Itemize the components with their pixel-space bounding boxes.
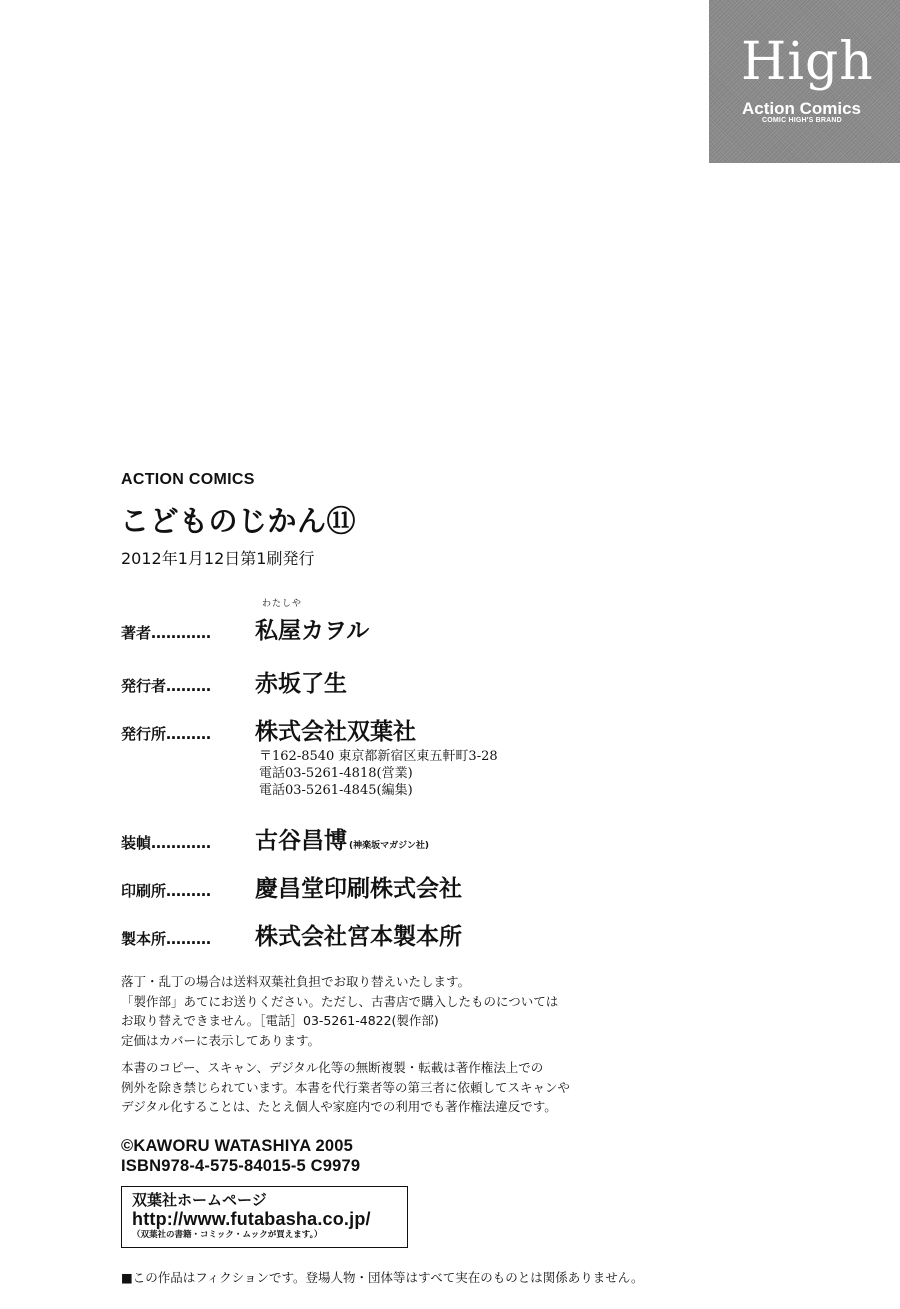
phone-editorial: 電話03-5261-4845(編集) [259, 782, 498, 799]
credit-value: 古谷昌博 [255, 822, 347, 855]
first-edition-date: 2012年1月12日第1刷発行 [121, 549, 314, 569]
brand-badge: High Action Comics COMIC HIGH'S BRAND [709, 0, 900, 163]
credit-value: 株式会社宮本製本所 [255, 918, 462, 951]
credit-printer: 印刷所……… 慶昌堂印刷株式会社 [121, 870, 462, 903]
notice-line: 例外を除き禁じられています。本書を代行業者等の第三者に依頼してスキャンや [121, 1078, 570, 1098]
publisher-address: 〒162-8540 東京都新宿区東五軒町3-28 電話03-5261-4818(… [259, 748, 498, 799]
credit-value: 赤坂了生 [255, 665, 347, 698]
isbn-line: ISBN978-4-575-84015-5 C9979 [121, 1156, 360, 1176]
credit-value: 慶昌堂印刷株式会社 [255, 870, 462, 903]
copyright-block: ©KAWORU WATASHIYA 2005 ISBN978-4-575-840… [121, 1136, 360, 1176]
homepage-note: （双葉社の書籍・コミック・ムックが買えます。） [132, 1229, 407, 1242]
series-label: ACTION COMICS [121, 471, 255, 489]
credit-note: (神楽坂マガジン社) [349, 838, 429, 851]
credit-value: 私屋カヲル [255, 612, 369, 645]
author-ruby: わたしや [262, 596, 302, 609]
homepage-title: 双葉社ホームページ [132, 1191, 407, 1209]
credit-binder: 製本所……… 株式会社宮本製本所 [121, 918, 462, 951]
credit-value: 株式会社双葉社 [255, 713, 416, 746]
copyright-line: ©KAWORU WATASHIYA 2005 [121, 1136, 360, 1156]
credit-author: 著者………… 私屋カヲル [121, 612, 369, 645]
notice-line: デジタル化することは、たとえ個人や家庭内での利用でも著作権法違反です。 [121, 1097, 570, 1117]
notice-line: お取り替えできません。［電話］03-5261-4822(製作部) [121, 1011, 558, 1031]
brand-action-comics: Action Comics [742, 100, 861, 118]
credit-label: 装幀………… [121, 832, 255, 853]
credit-label: 発行所……… [121, 723, 255, 744]
credit-label: 製本所……… [121, 928, 255, 949]
homepage-box: 双葉社ホームページ http://www.futabasha.co.jp/ （双… [121, 1186, 408, 1248]
credit-label: 発行者……… [121, 675, 255, 696]
notice-line: 本書のコピー、スキャン、デジタル化等の無断複製・転載は著作権法上での [121, 1058, 570, 1078]
credit-publisher-person: 発行者……… 赤坂了生 [121, 665, 347, 698]
homepage-url: http://www.futabasha.co.jp/ [132, 1209, 407, 1229]
phone-sales: 電話03-5261-4818(営業) [259, 765, 498, 782]
credit-design: 装幀………… 古谷昌博 (神楽坂マガジン社) [121, 822, 429, 855]
credit-label: 印刷所……… [121, 880, 255, 901]
fiction-disclaimer: ■この作品はフィクションです。登場人物・団体等はすべて実在のものとは関係ありませ… [121, 1268, 644, 1286]
credit-label: 著者………… [121, 622, 255, 643]
credit-publishing-house: 発行所……… 株式会社双葉社 [121, 713, 416, 746]
brand-tagline: COMIC HIGH'S BRAND [762, 117, 842, 125]
copyright-notice: 本書のコピー、スキャン、デジタル化等の無断複製・転載は著作権法上での 例外を除き… [121, 1058, 570, 1117]
brand-logo-high: High [741, 36, 874, 88]
notice-line: 「製作部」あてにお送りください。ただし、古書店で購入したものについては [121, 992, 558, 1012]
replacement-notice: 落丁・乱丁の場合は送料双葉社負担でお取り替えいたします。 「製作部」あてにお送り… [121, 972, 558, 1050]
notice-line: 落丁・乱丁の場合は送料双葉社負担でお取り替えいたします。 [121, 972, 558, 992]
notice-line: 定価はカバーに表示してあります。 [121, 1031, 558, 1051]
book-title: こどものじかん⑪ [120, 504, 356, 538]
postal-address: 〒162-8540 東京都新宿区東五軒町3-28 [259, 748, 498, 765]
